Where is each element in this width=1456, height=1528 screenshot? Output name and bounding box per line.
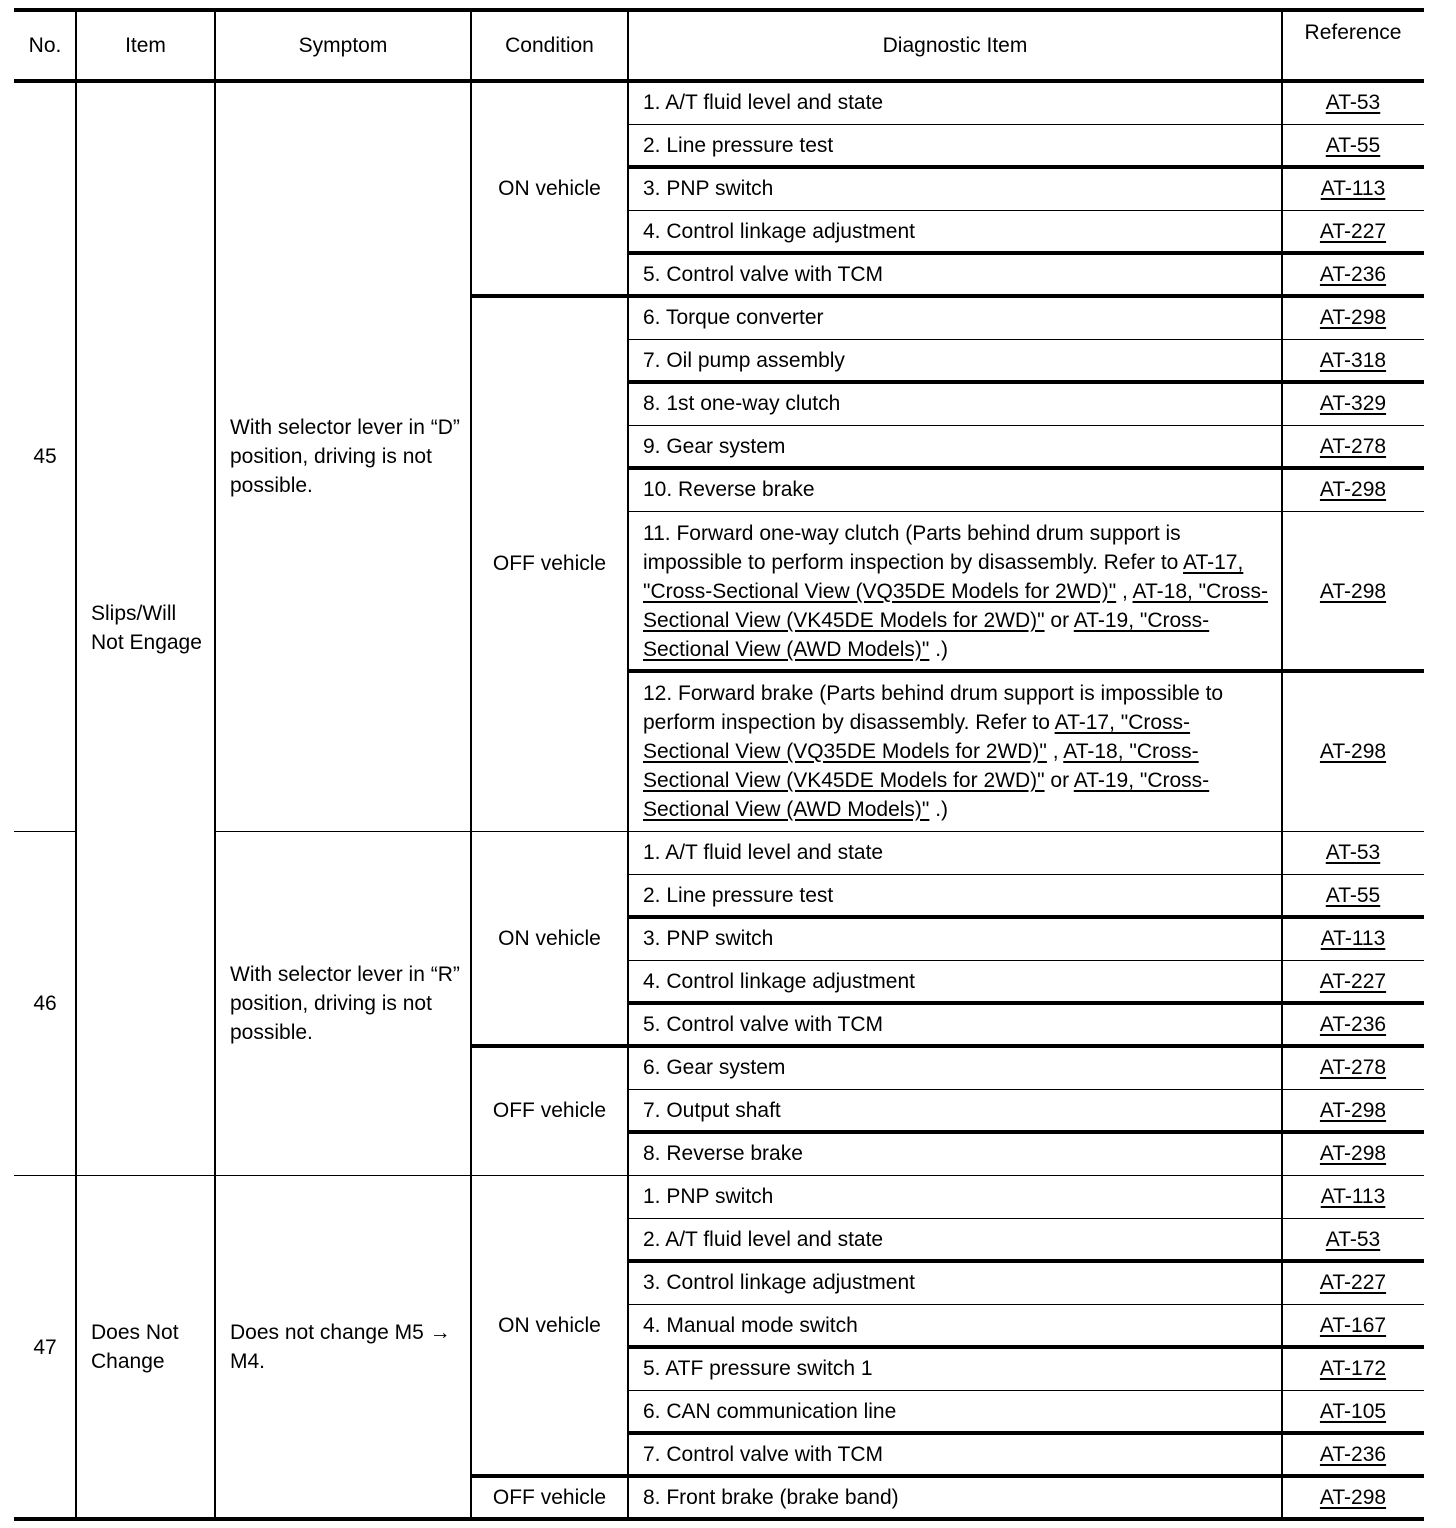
condition-label: OFF vehicle [471,1046,628,1175]
text-fragment: 11. Forward one-way clutch (Parts behind… [643,522,1183,574]
reference-link[interactable]: AT-298 [1320,475,1386,504]
reference-cell: AT-105 [1282,1390,1424,1433]
reference-link[interactable]: AT-278 [1320,432,1386,461]
reference-cell: AT-329 [1282,382,1424,425]
reference-link[interactable]: AT-329 [1320,389,1386,418]
condition-label: ON vehicle [471,81,628,296]
diagnostic-item: 2. Line pressure test [628,124,1282,167]
symptom-text: With selector lever in “D” position, dri… [215,81,471,831]
reference-link[interactable]: AT-55 [1326,881,1380,910]
reference-link[interactable]: AT-172 [1320,1354,1386,1383]
condition-label: OFF vehicle [471,1476,628,1519]
condition-label: OFF vehicle [471,296,628,831]
header-no: No. [14,12,76,79]
column-divider [75,10,77,1519]
reference-cell: AT-298 [1282,1132,1424,1175]
reference-link[interactable]: AT-113 [1321,1182,1386,1211]
text-fragment: .) [929,798,948,821]
diagnostic-item: 2. Line pressure test [628,874,1282,917]
diagnostic-table: No. Item Symptom Condition Diagnostic It… [14,8,1424,1522]
header-reference: Reference [1282,12,1424,79]
reference-cell: AT-227 [1282,960,1424,1003]
row-number: 47 [14,1175,76,1519]
reference-cell: AT-113 [1282,917,1424,960]
diagnostic-item: 5. ATF pressure switch 1 [628,1347,1282,1390]
row-divider [14,8,1424,12]
reference-link[interactable]: AT-227 [1320,967,1386,996]
reference-cell: AT-318 [1282,339,1424,382]
diagnostic-item-text: 11. Forward one-way clutch (Parts behind… [643,519,1274,664]
condition-label: ON vehicle [471,1175,628,1476]
item-slips-will-not-engage: Slips/Will Not Engage [76,81,215,1175]
header-item: Item [76,12,215,79]
text-fragment: or [1045,769,1074,792]
diagnostic-item: 11. Forward one-way clutch (Parts behind… [628,511,1282,671]
header-diagnostic-item: Diagnostic Item [628,12,1282,79]
diagnostic-item: 7. Control valve with TCM [628,1433,1282,1476]
reference-link[interactable]: AT-55 [1326,131,1380,160]
reference-cell: AT-53 [1282,1218,1424,1261]
diagnostic-item: 7. Oil pump assembly [628,339,1282,382]
reference-cell: AT-278 [1282,425,1424,468]
reference-cell: AT-298 [1282,296,1424,339]
header-condition: Condition [471,12,628,79]
reference-cell: AT-236 [1282,1433,1424,1476]
diagnostic-item: 10. Reverse brake [628,468,1282,511]
reference-link[interactable]: AT-236 [1320,260,1386,289]
reference-cell: AT-113 [1282,167,1424,210]
row-divider [14,1517,1424,1521]
symptom-text: With selector lever in “R” position, dri… [215,831,471,1175]
diagnostic-item: 1. A/T fluid level and state [628,81,1282,124]
text-fragment: or [1045,609,1074,632]
reference-link[interactable]: AT-298 [1320,737,1386,766]
reference-cell: AT-298 [1282,511,1424,671]
header-symptom: Symptom [215,12,471,79]
diagnostic-item: 4. Control linkage adjustment [628,210,1282,253]
diagnostic-item: 4. Control linkage adjustment [628,960,1282,1003]
diagnostic-item-text: 12. Forward brake (Parts behind drum sup… [643,679,1274,824]
diagnostic-item: 7. Output shaft [628,1089,1282,1132]
reference-link[interactable]: AT-318 [1320,346,1386,375]
column-divider [1281,10,1283,1519]
reference-cell: AT-227 [1282,210,1424,253]
reference-link[interactable]: AT-236 [1320,1010,1386,1039]
reference-link[interactable]: AT-236 [1320,1440,1386,1469]
reference-link[interactable]: AT-167 [1320,1311,1386,1340]
diagnostic-item: 9. Gear system [628,425,1282,468]
reference-link[interactable]: AT-113 [1321,174,1386,203]
reference-link[interactable]: AT-53 [1326,838,1380,867]
reference-cell: AT-298 [1282,1089,1424,1132]
column-divider [627,10,629,1519]
diagnostic-item: 8. Front brake (brake band) [628,1476,1282,1519]
reference-link[interactable]: AT-278 [1320,1053,1386,1082]
diagnostic-item: 3. Control linkage adjustment [628,1261,1282,1304]
diagnostic-item: 2. A/T fluid level and state [628,1218,1282,1261]
reference-link[interactable]: AT-298 [1320,1483,1386,1512]
reference-cell: AT-167 [1282,1304,1424,1347]
diagnostic-item: 6. Gear system [628,1046,1282,1089]
column-divider [214,10,216,1519]
reference-cell: AT-227 [1282,1261,1424,1304]
reference-cell: AT-298 [1282,468,1424,511]
row-number: 46 [14,831,76,1175]
reference-cell: AT-298 [1282,1476,1424,1519]
diagnostic-item: 6. Torque converter [628,296,1282,339]
reference-link[interactable]: AT-298 [1320,1139,1386,1168]
text-fragment: , [1047,740,1063,763]
item-does-not-change: Does Not Change [76,1175,215,1519]
column-divider [470,10,472,1519]
diagnostic-item: 1. PNP switch [628,1175,1282,1218]
diagnostic-item: 6. CAN communication line [628,1390,1282,1433]
reference-cell: AT-236 [1282,1003,1424,1046]
reference-link[interactable]: AT-298 [1320,1096,1386,1125]
reference-cell: AT-113 [1282,1175,1424,1218]
diagnostic-item: 3. PNP switch [628,167,1282,210]
reference-link[interactable]: AT-227 [1320,217,1386,246]
row-number: 45 [14,81,76,831]
text-fragment: , [1116,580,1132,603]
reference-link[interactable]: AT-105 [1320,1397,1386,1426]
diagnostic-item: 4. Manual mode switch [628,1304,1282,1347]
reference-cell: AT-53 [1282,831,1424,874]
diagnostic-item: 8. Reverse brake [628,1132,1282,1175]
reference-cell: AT-55 [1282,124,1424,167]
reference-link[interactable]: AT-227 [1320,1268,1386,1297]
reference-link[interactable]: AT-298 [1320,577,1386,606]
reference-cell: AT-236 [1282,253,1424,296]
diagnostic-item: 5. Control valve with TCM [628,1003,1282,1046]
reference-cell: AT-172 [1282,1347,1424,1390]
reference-cell: AT-53 [1282,81,1424,124]
diagnostic-item: 1. A/T fluid level and state [628,831,1282,874]
condition-label: ON vehicle [471,831,628,1046]
reference-link[interactable]: AT-53 [1326,88,1380,117]
reference-link[interactable]: AT-113 [1321,924,1386,953]
reference-cell: AT-55 [1282,874,1424,917]
diagnostic-item: 3. PNP switch [628,917,1282,960]
reference-link[interactable]: AT-53 [1326,1225,1380,1254]
diagnostic-item: 12. Forward brake (Parts behind drum sup… [628,671,1282,831]
symptom-text: Does not change M5 → M4. [215,1175,471,1519]
reference-cell: AT-298 [1282,671,1424,831]
reference-link[interactable]: AT-298 [1320,303,1386,332]
diagnostic-item: 8. 1st one-way clutch [628,382,1282,425]
diagnostic-item: 5. Control valve with TCM [628,253,1282,296]
text-fragment: .) [929,638,948,661]
reference-cell: AT-278 [1282,1046,1424,1089]
